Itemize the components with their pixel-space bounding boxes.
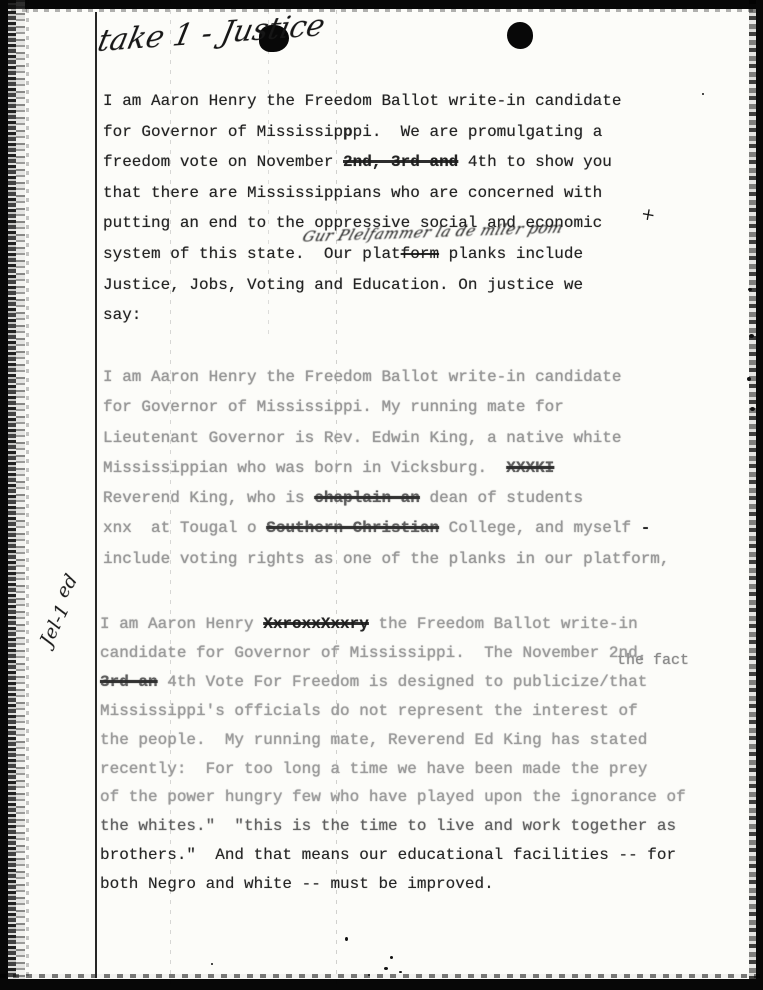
text-segment: xnx at Tougal o	[103, 519, 266, 537]
text-segment: Reverend King, who is	[103, 489, 314, 507]
text-line: system of this state. Our platform plank…	[103, 239, 621, 270]
para-2: I am Aaron Henry the Freedom Ballot writ…	[103, 362, 670, 574]
text-segment: freedom vote on November	[103, 153, 343, 171]
text-segment: I am Aaron Henry the Freedom Ballot writ…	[103, 368, 621, 386]
scan-noise-band	[749, 0, 756, 990]
text-segment: the Freedom Ballot write-in	[369, 615, 638, 633]
scan-noise-band	[26, 0, 29, 990]
ink-speck	[211, 963, 213, 965]
text-line: I am Aaron Henry the Freedom Ballot writ…	[103, 86, 621, 117]
para-3: I am Aaron Henry XxroxxXxxry the Freedom…	[100, 610, 686, 899]
text-segment: XXXKI	[506, 459, 554, 477]
text-segment: form	[401, 245, 439, 263]
text-segment: that there are Mississippians who are co…	[103, 184, 602, 202]
text-segment: putting an end to the oppressive social …	[103, 214, 602, 232]
text-line: Lieutenant Governor is Rev. Edwin King, …	[103, 423, 670, 453]
text-segment: dean of students	[420, 489, 583, 507]
text-segment: College, and myself	[439, 519, 641, 537]
text-segment: the people. My running mate, Reverend Ed…	[100, 731, 647, 749]
text-line: that there are Mississippians who are co…	[103, 178, 621, 209]
scan-edge-bottom-speckle	[0, 974, 763, 978]
handwritten-title: take 1 - Justice	[94, 8, 328, 59]
ink-speck	[384, 967, 388, 970]
text-segment: 4th to show you	[458, 153, 612, 171]
text-segment: include voting rights as one of the plan…	[103, 550, 670, 568]
para-1: I am Aaron Henry the Freedom Ballot writ…	[103, 86, 621, 331]
text-line: 3rd an 4th Vote For Freedom is designed …	[100, 668, 686, 697]
scan-edge-left	[0, 0, 8, 990]
text-line: for Governor of Mississipppi. We are pro…	[103, 117, 621, 148]
text-segment: candidate for Governor of Mississippi. T…	[100, 644, 647, 662]
ink-speck	[399, 971, 402, 973]
scan-edge-bottom	[0, 979, 763, 990]
text-segment: pi. We are promulgating a	[353, 123, 603, 141]
text-line: Mississippi's officials do not represent…	[100, 697, 686, 726]
ink-speck	[749, 334, 754, 338]
text-line: I am Aaron Henry XxroxxXxxry the Freedom…	[100, 610, 686, 639]
text-segment: planks include	[439, 245, 583, 263]
text-segment: Lieutenant Governor is Rev. Edwin King, …	[103, 429, 621, 447]
text-line: candidate for Governor of Mississippi. T…	[100, 639, 686, 668]
margin-rule-line	[95, 12, 97, 978]
scan-noise-band	[16, 0, 25, 990]
text-line: Mississippian who was born in Vicksburg.…	[103, 453, 670, 483]
text-segment: for Governor of Mississip	[103, 123, 343, 141]
text-line: say:	[103, 300, 621, 331]
scan-edge-right	[756, 0, 763, 990]
text-segment: say:	[103, 306, 141, 324]
text-line: the whites." "this is the time to live a…	[100, 812, 686, 841]
text-segment: system of this state. Our plat	[103, 245, 401, 263]
text-line: Justice, Jobs, Voting and Education. On …	[103, 270, 621, 301]
text-line: of the power hungry few who have played …	[100, 783, 686, 812]
text-segment: Southern Christian	[266, 519, 439, 537]
text-segment: the whites." "this is the time to live a…	[100, 817, 676, 835]
text-line: the people. My running mate, Reverend Ed…	[100, 726, 686, 755]
text-line: I am Aaron Henry the Freedom Ballot writ…	[103, 362, 670, 392]
text-segment: recently: For too long a time we have be…	[100, 760, 647, 778]
text-segment: -	[641, 519, 651, 537]
ink-speck	[750, 407, 755, 411]
text-segment: I am Aaron Henry the Freedom Ballot writ…	[103, 92, 621, 110]
ink-speck	[747, 377, 751, 381]
text-segment: 3rd an	[100, 673, 158, 691]
text-segment: both Negro and white -- must be improved…	[100, 875, 494, 893]
text-line: brothers." And that means our educationa…	[100, 841, 686, 870]
text-line: freedom vote on November 2nd, 3rd and 4t…	[103, 147, 621, 178]
text-line: for Governor of Mississippi. My running …	[103, 392, 670, 422]
ink-speck	[390, 956, 393, 959]
text-segment: brothers." And that means our educationa…	[100, 846, 676, 864]
text-segment: 4th Vote For Freedom is designed to publ…	[158, 673, 648, 691]
text-segment: XxroxxXxxry	[263, 615, 369, 633]
text-segment: Justice, Jobs, Voting and Education. On …	[103, 276, 583, 294]
text-segment: of the power hungry few who have played …	[100, 788, 686, 806]
ink-speck	[368, 974, 370, 976]
text-segment: Mississippi's officials do not represent…	[100, 702, 638, 720]
scanned-document-page: take 1 - Justice Gur Plelfammer la de mi…	[0, 0, 763, 990]
text-line: both Negro and white -- must be improved…	[100, 870, 686, 899]
scan-edge-top-speckle	[0, 9, 763, 12]
text-line: recently: For too long a time we have be…	[100, 755, 686, 784]
text-segment: 2nd, 3rd and	[343, 153, 458, 171]
text-segment: p	[343, 123, 353, 141]
text-segment: Mississippian who was born in Vicksburg.	[103, 459, 506, 477]
ink-speck	[702, 93, 704, 95]
scan-noise-band	[8, 0, 16, 990]
handwritten-caret: +	[639, 204, 657, 226]
text-segment: I am Aaron Henry	[100, 615, 263, 633]
text-line: putting an end to the oppressive social …	[103, 208, 621, 239]
punch-hole	[507, 22, 533, 49]
text-line: xnx at Tougal o Southern Christian Colle…	[103, 513, 670, 543]
text-segment: chaplain an	[314, 489, 420, 507]
text-line: Reverend King, who is chaplain an dean o…	[103, 483, 670, 513]
handwritten-margin-note: Jel-1	[35, 601, 74, 650]
text-line: include voting rights as one of the plan…	[103, 544, 670, 574]
ink-speck	[748, 288, 752, 291]
ink-speck	[345, 937, 348, 941]
handwritten-margin-note: ed	[51, 570, 82, 602]
scan-edge-top	[0, 0, 763, 9]
text-segment: for Governor of Mississippi. My running …	[103, 398, 564, 416]
